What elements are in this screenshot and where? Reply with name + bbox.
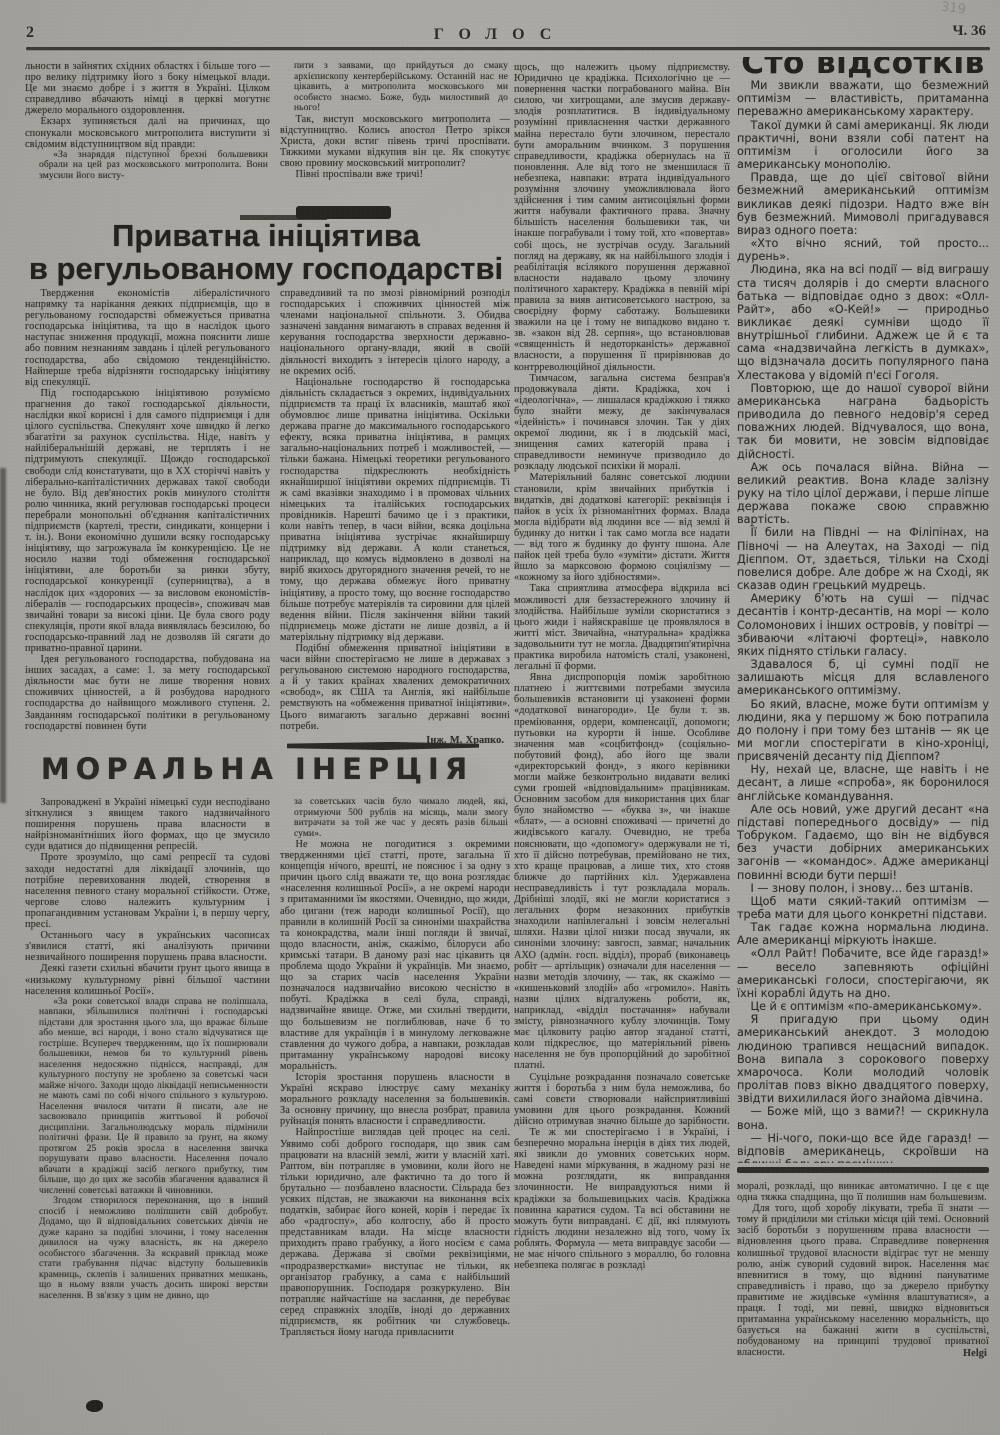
- paragraph: Ідея регульованого господарства, побудов…: [25, 654, 270, 732]
- paragraph: Правда, ще до цієї світової війни безмеж…: [737, 171, 989, 237]
- header-rule: [26, 47, 990, 50]
- article1-col1: Твердження економістів лібералістичного …: [25, 288, 270, 755]
- paragraph: Твердження економістів лібералістичного …: [25, 288, 270, 388]
- paragraph: Америку б'ють на суші — підчас десантів …: [737, 592, 989, 658]
- paragraph: Ну, нехай це, власне, ще навіть і не дес…: [737, 763, 989, 802]
- article3-body: Ми звикли вважати, що безмежний оптимізм…: [737, 79, 989, 1163]
- paragraph: Тимчасом, загальна система безправ'я про…: [514, 373, 730, 473]
- paragraph: Останнього часу в українських часописах …: [25, 930, 270, 963]
- paragraph: Для того, щоб хоробу лікувати, треба її …: [737, 1203, 989, 1358]
- paragraph: Те ж ми спостерігаємо і в Україні, і без…: [514, 1127, 730, 1271]
- paragraph: «Хто вічно ясний, той просто... дурень».: [737, 237, 989, 263]
- paragraph: Найпростіше виглядав цей процес на селі.…: [280, 1127, 510, 1338]
- article1-headline-line1: Приватна ініціятива: [22, 219, 510, 252]
- paragraph: Не можна не погодитися з окремими твердж…: [280, 839, 510, 1072]
- paragraph: Подібні обмеження приватної ініціятиви в…: [280, 643, 510, 732]
- paragraph: Ми звикли вважати, що безмежний оптимізм…: [737, 79, 989, 118]
- paragraph: — Боже мій, що з вами?! — скрикнула вона…: [737, 1105, 989, 1131]
- paragraph: «Олл Райт! Побачите, все йде гаразд!» — …: [737, 947, 989, 1000]
- paragraph: І — знову полон, і знову... без штанів.: [737, 882, 989, 895]
- paragraph: Так гадає кожна нормальна людина. Але ам…: [737, 921, 989, 947]
- paragraph: Бо який, власне, може бути оптимізм у лю…: [737, 698, 989, 764]
- paragraph: Явна диспропорція поміж заробітною платн…: [514, 672, 730, 1071]
- paragraph: Це й є оптимізм «по-американському».: [737, 1000, 989, 1013]
- article2-col3: щось, що належить цьому підприємству. Юр…: [514, 62, 730, 1428]
- issue-number: Ч. 36: [952, 23, 986, 40]
- paragraph: — Ні-чого, поки-що все йде гаразд! — від…: [737, 1132, 989, 1163]
- article3-headline: Сто відсотків: [737, 57, 989, 70]
- paragraph: Здавалося б, ці сумні події не залишають…: [737, 658, 989, 697]
- article1-col2: справедливий та по змозі рівномірний роз…: [280, 288, 510, 755]
- paragraph: Національне господарство й господарська …: [280, 377, 510, 643]
- paragraph: Я пригадую при цьому один американський …: [737, 1013, 989, 1105]
- paragraph: Півні проспівали вже тричі!: [280, 169, 510, 180]
- paragraph: Людина, яка на всі події — від виграшу с…: [737, 263, 989, 381]
- paragraph: Запроваджені в Україні німецькі суди нес…: [25, 797, 270, 852]
- paragraph: Суцільне розкрадання позначало советське…: [514, 1072, 730, 1127]
- paragraph: Так, виступ московського митрополита — в…: [280, 114, 510, 169]
- paragraph: льности в зайнятих східних областях і бі…: [25, 61, 270, 116]
- paragraph: Згодом створилося переконання, що в інши…: [39, 1196, 268, 1301]
- paragraph: Аж ось почалася війна. Війна — великий р…: [737, 461, 989, 527]
- paragraph: Такої думки й самі американці. Як люди п…: [737, 119, 989, 172]
- pencil-mark: 319: [940, 0, 966, 17]
- article2-headline: МОРАЛЬНА ІНЕРЦІЯ: [22, 752, 492, 786]
- article2-closing: моралі, розкладі, що виникає автоматично…: [737, 1181, 989, 1431]
- paragraph: Щоб мати сякий-такий оптимізм — треба ма…: [737, 895, 989, 921]
- article1-headline: Приватна ініціятива в регульованому госп…: [22, 219, 510, 285]
- paragraph: Її били на Півдні — на Філіпінах, на Пів…: [737, 526, 989, 592]
- article1-headline-line2: в регульованому господарстві: [22, 252, 510, 285]
- paragraph: за советських часів було чимало людей, я…: [294, 797, 508, 839]
- paragraph: щось, що належить цьому підприємству. Юр…: [514, 62, 730, 373]
- paragraph: пити з заявами, що прийдуться до смаку а…: [294, 61, 508, 114]
- paragraph: Історія зростання порушень власности в У…: [280, 1072, 510, 1127]
- paragraph: Така сприятлива атмосфера відкрила всі м…: [514, 583, 730, 672]
- paragraph: справедливий та по змозі рівномірний роз…: [280, 288, 510, 377]
- masthead-title: ГОЛОС: [0, 26, 1000, 44]
- article2-col2: за советських часів було чимало людей, я…: [280, 797, 510, 1435]
- paragraph: моралі, розкладі, що виникає автоматично…: [737, 1181, 989, 1203]
- scan-edge-artifact: [0, 468, 6, 803]
- paragraph: Проте зрозуміло, що самі репресії та суд…: [25, 852, 270, 930]
- paragraph: Матеріяльний балянс советської людини ст…: [514, 472, 730, 583]
- article3-column: Сто відсотків Ми звикли вважати, що безм…: [737, 57, 989, 1163]
- paragraph: Екзарх зупиняється далі на причинах, що …: [25, 116, 270, 149]
- paragraph: Під господарською ініціятивою розуміємо …: [25, 388, 270, 654]
- article2-col1: Запроваджені в Україні німецькі суди нес…: [25, 797, 270, 1425]
- paragraph: Повторюю, ще до нашої суворої війни амер…: [737, 382, 989, 461]
- lead-article-col2: пити з заявами, що прийдуться до смаку а…: [280, 61, 510, 212]
- paragraph: «За знаряддя підступної брехні большевик…: [39, 150, 268, 182]
- paragraph: Але ось новий, уже другий десант «на під…: [737, 803, 989, 882]
- lead-article-col1: льности в зайнятих східних областях і бі…: [25, 61, 270, 212]
- column-divider-rule: [737, 1167, 989, 1173]
- paragraph: Деякі газети схильні вбачити ґрунт цього…: [25, 963, 270, 996]
- newspaper-page: 2 ГОЛОС Ч. 36 319 льности в зайнятих схі…: [0, 0, 1000, 1435]
- paragraph: «За роки советської влади справа не полі…: [39, 997, 268, 1197]
